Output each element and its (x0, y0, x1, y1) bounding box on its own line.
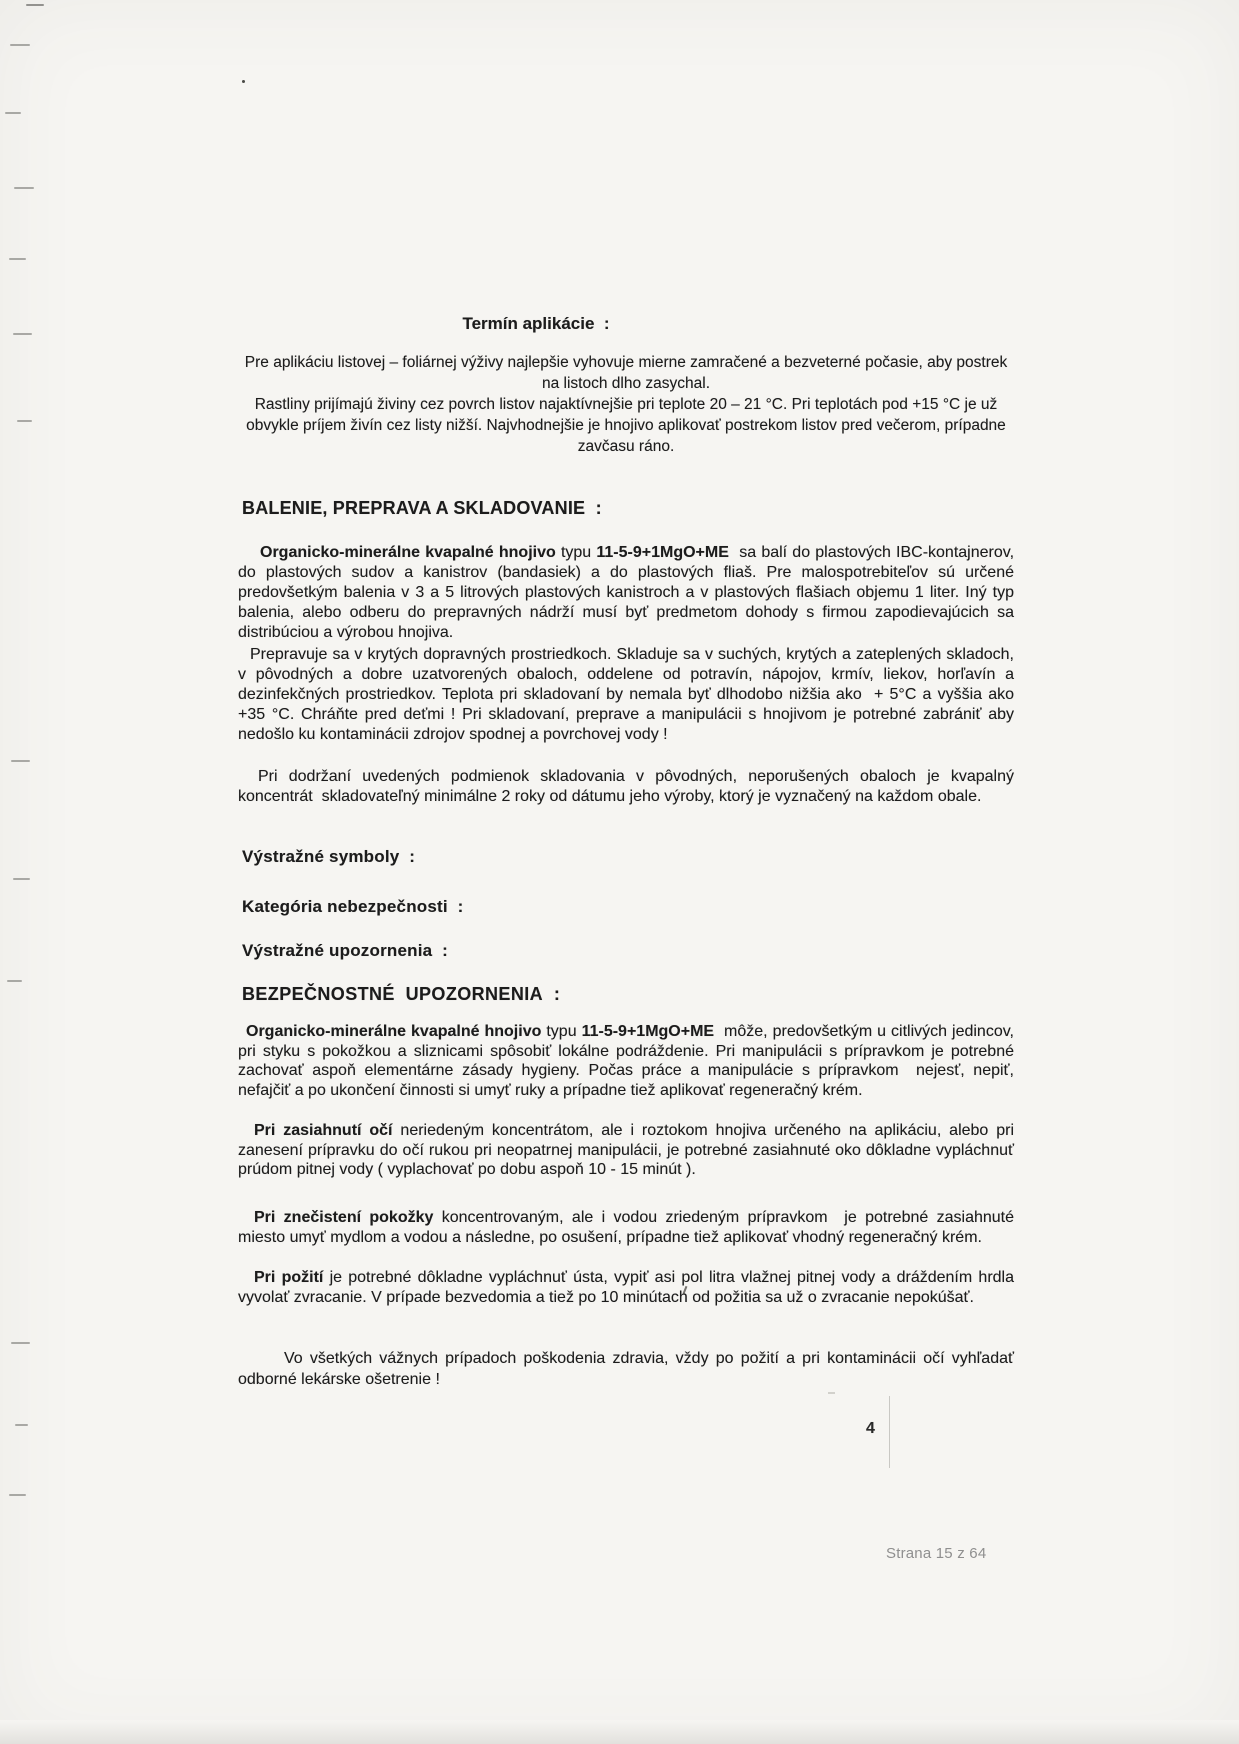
paragraph-termin-2: Rastliny prijímajú živiny cez povrch lis… (238, 394, 1014, 457)
bold-product-type: 11-5-9+1MgO+ME (582, 1023, 715, 1040)
bold-lead-eye-contact: Pri zasiahnutí očí (254, 1122, 393, 1139)
scan-artifact-dash (9, 258, 26, 260)
scan-artifact-dot (242, 80, 245, 83)
scan-artifact-dash (7, 980, 22, 982)
paragraph-medical-advice: Vo všetkých vážnych prípadoch poškodenia… (238, 1348, 1014, 1390)
bold-product-name: Organicko-minerálne kvapalné hnojivo (246, 1023, 541, 1040)
scan-artifact-dash (15, 1424, 28, 1426)
page-number: 4 (866, 1420, 875, 1438)
bold-product-type: 11-5-9+1MgO+ME (596, 544, 729, 561)
scan-artifact-line (889, 1396, 890, 1468)
scan-artifact-dash (11, 760, 30, 762)
scan-artifact-dash (10, 44, 30, 46)
scan-artifact-smudge (828, 1392, 835, 1394)
paragraph-skin-contact: Pri znečistení pokožky koncentrovaným, a… (238, 1208, 1014, 1248)
paragraph-termin-1: Pre aplikáciu listovej – foliárnej výživ… (238, 352, 1014, 394)
bold-product-name: Organicko-minerálne kvapalné hnojivo (260, 544, 556, 561)
scan-artifact-dash (26, 4, 44, 6)
text-segment: typu (556, 544, 597, 561)
scan-artifact-dash (17, 420, 32, 422)
intro-paragraph-block: Pre aplikáciu listovej – foliárnej výživ… (238, 352, 1014, 457)
paragraph-balenie-1: Organicko-minerálne kvapalné hnojivo typ… (238, 543, 1014, 643)
scan-bottom-shade (0, 1720, 1239, 1744)
paragraph-eye-contact: Pri zasiahnutí očí neriedeným koncentrát… (238, 1121, 1014, 1180)
scan-artifact-dash (9, 1494, 26, 1496)
scan-artifact-dash (14, 187, 34, 189)
scan-artifact-dash (5, 112, 21, 114)
section-heading-termin-aplikacie: Termín aplikácie : (238, 313, 1014, 335)
paragraph-bezpecnostne-1: Organicko-minerálne kvapalné hnojivo typ… (238, 1022, 1014, 1101)
scan-artifact-dash (11, 1342, 30, 1344)
section-heading-vystrazne-symboly: Výstražné symboly : (238, 846, 1014, 868)
paragraph-ingestion: Pri požití je potrebné dôkladne vypláchn… (238, 1268, 1014, 1308)
bold-lead-skin-contact: Pri znečistení pokožky (254, 1209, 433, 1226)
scan-artifact-dash (13, 878, 30, 880)
section-heading-kategoria-nebezpecnosti: Kategória nebezpečnosti : (238, 896, 1014, 918)
section-heading-bezpecnostne-upozornenia: BEZPEČNOSTNÉ UPOZORNENIA : (238, 983, 1014, 1005)
paragraph-balenie-3: Pri dodržaní uvedených podmienok skladov… (238, 767, 1014, 807)
text-segment: je potrebné dôkladne vypláchnuť ústa, vy… (238, 1269, 1014, 1306)
section-heading-balenie-preprava-skladovanie: BALENIE, PREPRAVA A SKLADOVANIE : (238, 497, 1014, 519)
section-heading-vystrazne-upozornenia: Výstražné upozornenia : (238, 940, 1014, 962)
scan-artifact-dash (13, 333, 32, 335)
paragraph-balenie-2: Prepravuje sa v krytých dopravných prost… (238, 645, 1014, 745)
scanned-document-page: Termín aplikácie : Pre aplikáciu listove… (0, 0, 1239, 1744)
viewer-page-indicator: Strana 15 z 64 (886, 1545, 986, 1562)
text-segment: typu (541, 1023, 581, 1040)
bold-lead-ingestion: Pri požití (254, 1269, 323, 1286)
